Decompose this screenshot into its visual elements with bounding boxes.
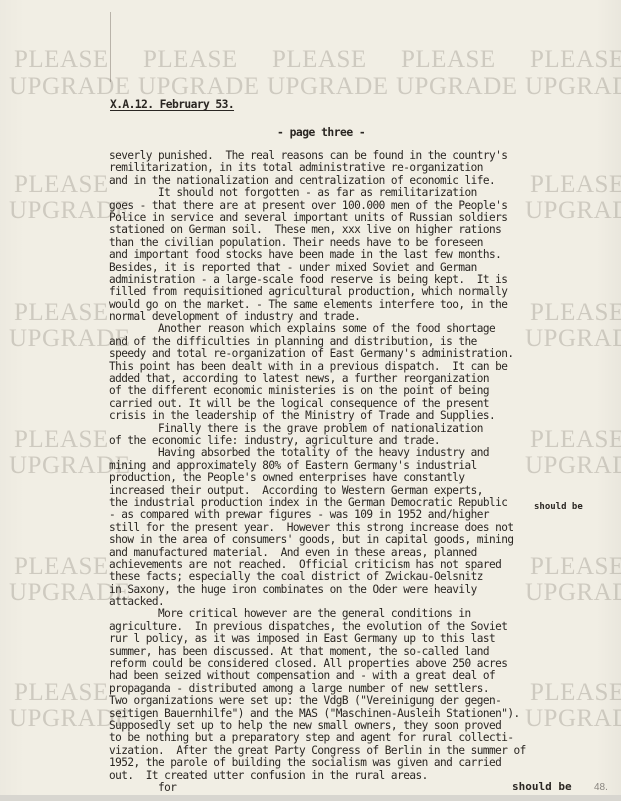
text-line: and important food stocks have been made… — [109, 249, 621, 261]
watermark-upgrade: UPGRADE — [267, 74, 389, 99]
watermark-upgrade: UPGRADE — [138, 74, 260, 99]
watermark-please: PLEASE — [401, 47, 496, 72]
page-number: 48. — [594, 782, 608, 793]
text-line: Another reason which explains some of th… — [109, 323, 621, 335]
watermark-please: PLEASE — [272, 47, 367, 72]
text-line: had been seized without compensation and… — [109, 670, 621, 682]
document-page: PLEASE UPGRADE PLEASE UPGRADE PLEASE UPG… — [0, 0, 621, 795]
watermark-please: PLEASE — [14, 554, 109, 579]
text-line: crisis in the leadership of the Ministry… — [109, 410, 621, 422]
margin-mark — [110, 12, 111, 82]
watermark-please: PLEASE — [143, 47, 238, 72]
text-line: of the different economic ministeries is… — [109, 385, 621, 397]
watermark-please: PLEASE — [14, 300, 109, 325]
text-line: More critical however are the general co… — [109, 608, 621, 620]
text-line: Having absorbed the totality of the heav… — [109, 447, 621, 459]
text-line: these facts; especially the coal distric… — [109, 571, 621, 583]
handwritten-note: should be — [512, 780, 572, 793]
text-line: Two organizations were set up: the VdgB … — [109, 695, 621, 707]
document-reference: X.A.12. February 53. — [110, 98, 234, 111]
watermark-please: PLEASE — [14, 680, 109, 705]
watermark-upgrade: UPGRADE — [9, 74, 131, 99]
text-line: speedy and total re-organization of East… — [109, 348, 621, 360]
watermark-upgrade: UPGRADE — [396, 74, 518, 99]
watermark-please: PLEASE — [14, 47, 109, 72]
watermark-please: PLEASE — [530, 47, 621, 72]
text-line: rur l policy, as it was imposed in East … — [109, 633, 621, 645]
text-line: remilitarization, in its total administr… — [109, 162, 621, 174]
page-label: - page three - — [277, 126, 365, 139]
text-line: in Saxony, the huge iron combinates on t… — [109, 584, 621, 596]
typed-correction: should be — [534, 502, 583, 512]
scan-bottom-edge — [0, 795, 621, 801]
body-text: severly punished. The real reasons can b… — [109, 150, 621, 794]
text-line: filled from requisitioned agricultural p… — [109, 286, 621, 298]
text-line: stationed on German soil. These men, xxx… — [109, 224, 621, 236]
watermark-please: PLEASE — [14, 172, 109, 197]
text-line: 1952, the parole of building the sociali… — [109, 757, 621, 769]
watermark-upgrade: UPGRADE — [525, 74, 621, 99]
text-line: to be nothing but a preparatory step and… — [109, 732, 621, 744]
text-line: show in the area of consumers' goods, bu… — [109, 534, 621, 546]
watermark-please: PLEASE — [14, 427, 109, 452]
text-line: production, the People's owned enterpris… — [109, 472, 621, 484]
text-line: It should not forgotten - as far as remi… — [109, 187, 621, 199]
